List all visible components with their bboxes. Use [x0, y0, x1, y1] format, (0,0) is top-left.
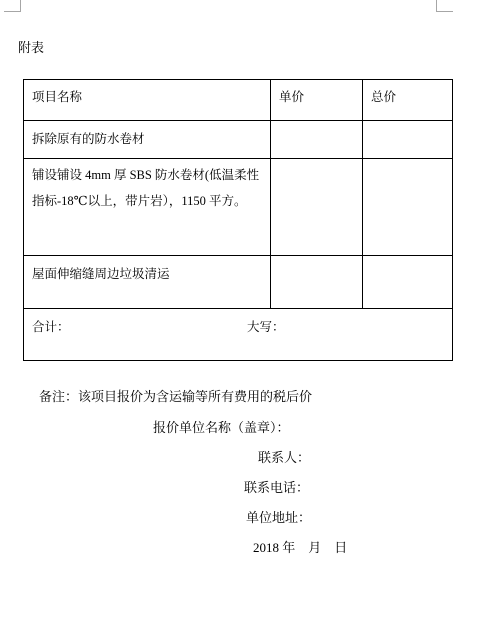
text-boundary-corner-top-right-icon: [436, 0, 453, 12]
total-price-cell[interactable]: [363, 256, 453, 309]
unit-price-cell[interactable]: [271, 256, 363, 309]
table-row: 铺设铺设 4mm 厚 SBS 防水卷材(低温柔性指标-18℃以上，带片岩），11…: [24, 159, 453, 256]
total-price-cell[interactable]: [363, 121, 453, 159]
company-address-line[interactable]: 单位地址：: [246, 510, 311, 526]
item-name-cell: 屋面伸缩缝周边垃圾清运: [24, 256, 271, 309]
caps-label: 大写：: [247, 319, 285, 335]
unit-price-cell[interactable]: [271, 121, 363, 159]
total-label: 合计：: [32, 320, 70, 334]
item-name-cell: 拆除原有的防水卷材: [24, 121, 271, 159]
unit-price-cell[interactable]: [271, 159, 363, 256]
table-row: 屋面伸缩缝周边垃圾清运: [24, 256, 453, 309]
document-page: 附表 项目名称 单价 总价 拆除原有的防水卷材 铺设铺设 4mm 厚 SBS 防…: [0, 0, 490, 630]
contact-person-line[interactable]: 联系人：: [258, 450, 310, 466]
summary-cell[interactable]: 合计： 大写：: [24, 309, 453, 361]
date-line[interactable]: 2018 年 月 日: [253, 540, 347, 556]
summary-row: 合计： 大写：: [24, 309, 453, 361]
header-unit-price: 单价: [271, 80, 363, 121]
total-price-cell[interactable]: [363, 159, 453, 256]
text-boundary-corner-top-left-icon: [4, 0, 21, 12]
company-seal-line[interactable]: 报价单位名称（盖章）：: [153, 420, 290, 436]
contact-phone-line[interactable]: 联系电话：: [244, 480, 309, 496]
table-header-row: 项目名称 单价 总价: [24, 80, 453, 121]
quotation-table: 项目名称 单价 总价 拆除原有的防水卷材 铺设铺设 4mm 厚 SBS 防水卷材…: [23, 79, 453, 361]
table-row: 拆除原有的防水卷材: [24, 121, 453, 159]
header-item-name: 项目名称: [24, 80, 271, 121]
note-line: 备注：该项目报价为含运输等所有费用的税后价: [39, 389, 312, 405]
header-total-price: 总价: [363, 80, 453, 121]
item-name-cell: 铺设铺设 4mm 厚 SBS 防水卷材(低温柔性指标-18℃以上，带片岩），11…: [24, 159, 271, 256]
page-title: 附表: [18, 40, 44, 56]
